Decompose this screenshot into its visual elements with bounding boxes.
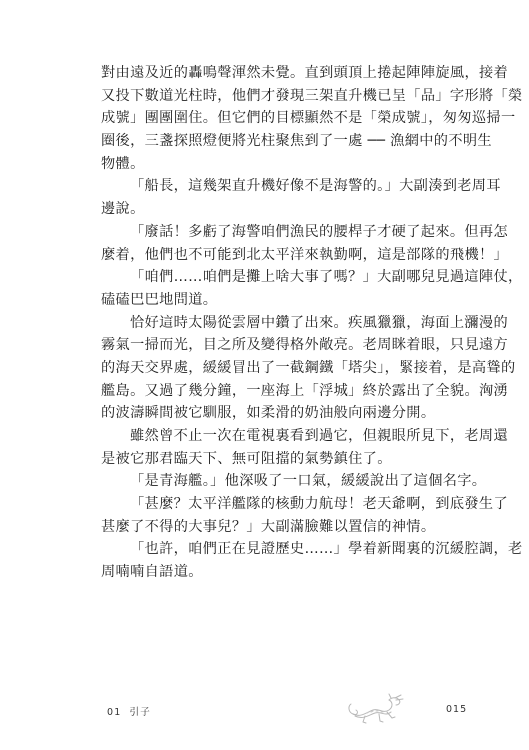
text-line: 恰好這時太陽從雲層中鑽了出來。疾風獵獵，海面上瀰漫的 [101, 312, 441, 335]
page-footer: 01引子 [0, 690, 529, 730]
chapter-number: 01 [107, 707, 122, 718]
text-line: 周喃喃自語道。 [101, 561, 441, 584]
chapter-title: 引子 [130, 707, 151, 718]
text-line: 甚麼了不得的大事兒？」大副滿臉難以置信的神情。 [101, 516, 441, 539]
text-line: 的海天交界處，緩緩冒出了一截鋼鐵「塔尖」，緊接着，是高聳的 [101, 357, 441, 380]
book-page: 對由遠及近的轟鳴聲渾然未覺。直到頭頂上捲起陣陣旋風，接着 又投下數道光柱時，他們… [0, 0, 529, 750]
text-line: 霧氣一掃而光，目之所及變得格外敞亮。老周眯着眼，只見遠方 [101, 334, 441, 357]
text-line: 物體。 [101, 153, 441, 176]
dragon-icon [345, 692, 405, 726]
text-line: 麼着，他們也不可能到北太平洋來執勤啊，這是部隊的飛機！」 [101, 244, 441, 267]
text-line: 圈後，三盞探照燈便將光柱聚焦到了一處 ── 漁網中的不明生 [101, 130, 441, 153]
body-text: 對由遠及近的轟鳴聲渾然未覺。直到頭頂上捲起陣陣旋風，接着 又投下數道光柱時，他們… [101, 62, 441, 584]
running-footer-chapter: 01引子 [107, 704, 151, 718]
page-number: 015 [446, 704, 467, 715]
text-line: 是被它那君臨天下、無可阻擋的氣勢鎮住了。 [101, 448, 441, 471]
text-line: 艦島。又過了幾分鐘，一座海上「浮城」終於露出了全貌。洶湧 [101, 380, 441, 403]
text-line: 「船長，這幾架直升機好像不是海警的。」大副湊到老周耳 [101, 175, 441, 198]
text-line: 「廢話！多虧了海警咱們漁民的腰桿子才硬了起來。但再怎 [101, 221, 441, 244]
text-line: 「是青海艦。」他深吸了一口氣，緩緩說出了這個名字。 [101, 470, 441, 493]
text-line: 的波濤瞬間被它馴服，如柔滑的奶油般向兩邊分開。 [101, 402, 441, 425]
text-line: 成號」團團圍住。但它們的目標顯然不是「榮成號」，匆匆巡掃一 [101, 107, 441, 130]
text-line: 「也許，咱們正在見證歷史……」學着新聞裏的沉緩腔調，老 [101, 538, 441, 561]
text-line: 磕磕巴巴地問道。 [101, 289, 441, 312]
text-line: 「甚麼？太平洋艦隊的核動力航母！老天爺啊，到底發生了 [101, 493, 441, 516]
text-line: 「咱們……咱們是攤上啥大事了嗎？」大副哪兒見過這陣仗， [101, 266, 441, 289]
text-line: 邊說。 [101, 198, 441, 221]
text-line: 對由遠及近的轟鳴聲渾然未覺。直到頭頂上捲起陣陣旋風，接着 [101, 62, 441, 85]
text-line: 雖然曾不止一次在電視裏看到過它，但親眼所見下，老周還 [101, 425, 441, 448]
text-line: 又投下數道光柱時，他們才發現三架直升機已呈「品」字形將「榮 [101, 85, 441, 108]
